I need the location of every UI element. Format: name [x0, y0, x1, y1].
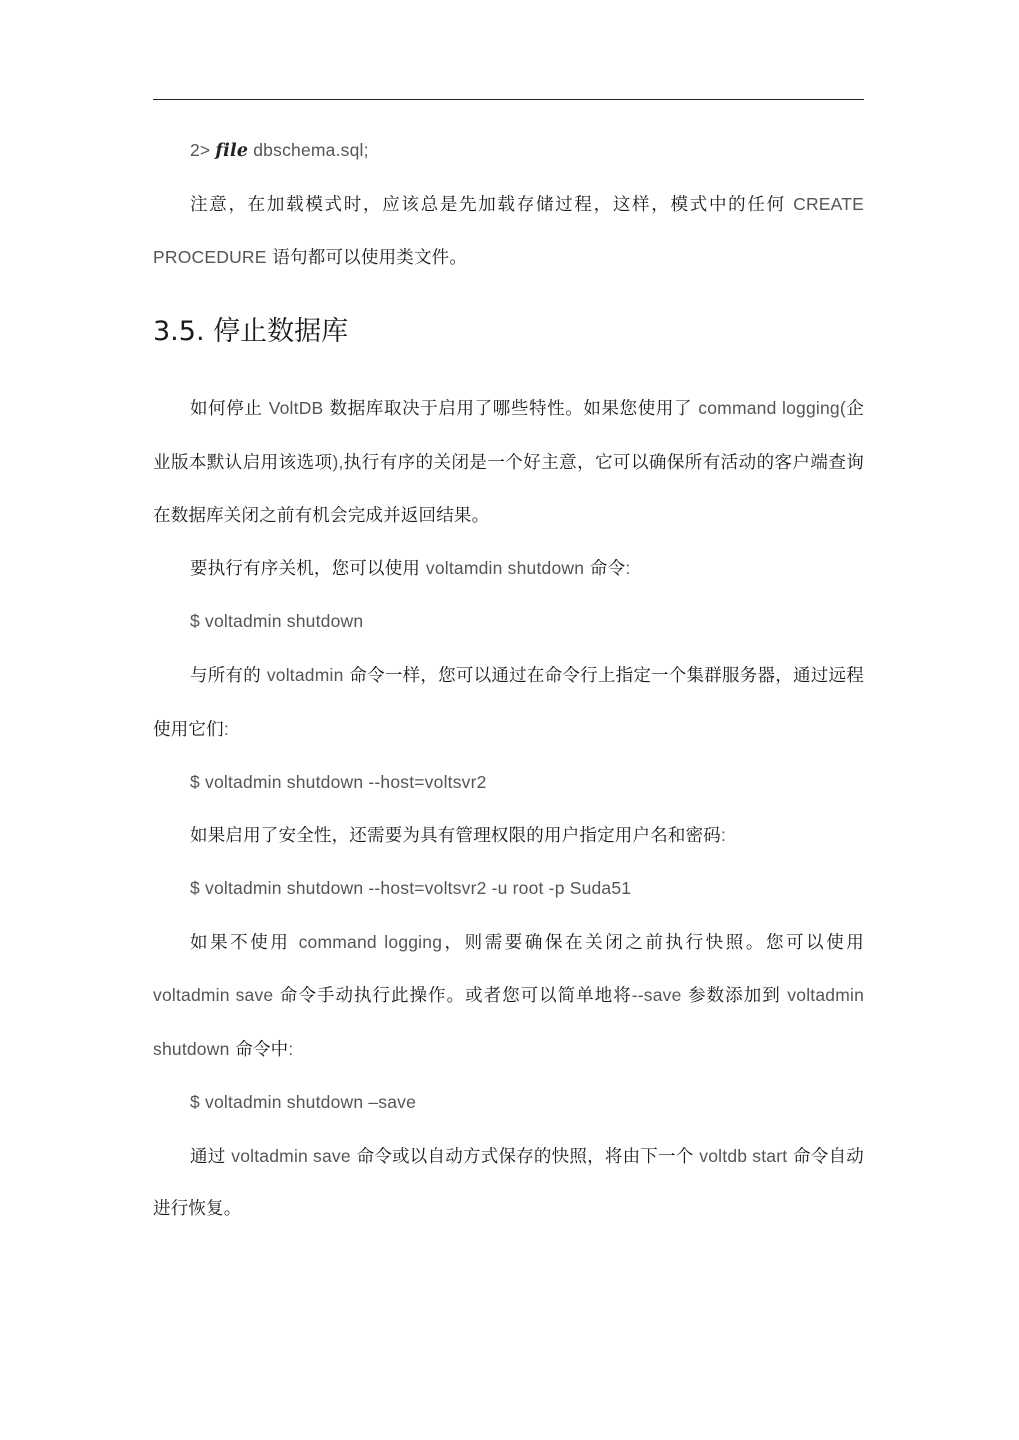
text: 命令中 [230, 1040, 289, 1060]
command-shutdown-save: $ voltadmin shutdown –save [153, 1090, 864, 1114]
command-shutdown-auth: $ voltadmin shutdown --host=voltsvr2 -u … [153, 876, 864, 900]
code-file-keyword: file [215, 141, 248, 161]
text: 在数据库关闭之前有机会完成并返回结果。 [153, 506, 489, 526]
para-snapshot-line-3: shutdown 命令中: [153, 1037, 864, 1062]
term-voltadmin: voltadmin [787, 985, 864, 1005]
para-intro-line-2: 业版本默认启用该选项),执行有序的关闭是一个好主意，它可以确保所有活动的客户端查… [153, 450, 864, 475]
term-command: voltamdin shutdown [426, 558, 584, 578]
para-snapshot-line-1: 如果不使用 command logging，则需要确保在关闭之前执行快照。您可以… [153, 930, 864, 955]
punct: : [721, 825, 726, 845]
punct: : [288, 1039, 293, 1059]
text: 注意，在加载模式时，应该总是先加载存储过程，这样，模式中的任何 [190, 195, 793, 215]
text: 如果启用了安全性，还需要为具有管理权限的用户指定用户名和密码 [190, 826, 721, 846]
keyword-procedure: PROCEDURE [153, 247, 267, 267]
code-line-file: 2> file dbschema.sql; [153, 138, 864, 163]
para-intro-line-1: 如何停止 VoltDB 数据库取决于启用了哪些特性。如果您使用了 command… [153, 396, 864, 421]
punct: : [224, 719, 229, 739]
code-prefix: 2> [190, 140, 215, 160]
punct: ), [332, 452, 343, 472]
para-restore-line-2: 进行恢复。 [153, 1197, 864, 1221]
text: 通过 [190, 1147, 231, 1167]
para-remote-line-2: 使用它们: [153, 717, 864, 742]
term-save-flag: --save [632, 985, 682, 1005]
command-shutdown: $ voltadmin shutdown [153, 609, 864, 633]
text: 如何停止 [190, 399, 269, 419]
section-heading: 3.5. 停止数据库 [153, 314, 348, 350]
text: 语句都可以使用类文件。 [267, 248, 467, 268]
term-command-logging: command logging( [698, 398, 846, 418]
text: 业版本默认启用该选项 [153, 453, 332, 473]
text: 命令 [584, 559, 625, 579]
text: 与所有的 [190, 666, 267, 686]
term-shutdown: shutdown [153, 1039, 230, 1059]
text: 执行有序的关闭是一个好主意，它可以确保所有活动的客户端查询 [344, 453, 864, 473]
text: 要执行有序关机，您可以使用 [190, 559, 426, 579]
text: 如果不使用 [190, 933, 299, 953]
para-intro-line-3: 在数据库关闭之前有机会完成并返回结果。 [153, 504, 864, 528]
para-snapshot-line-2: voltadmin save 命令手动执行此操作。或者您可以简单地将--save… [153, 983, 864, 1008]
term-command-logging: command logging [299, 932, 443, 952]
text: 使用它们 [153, 720, 224, 740]
term-voltdb: VoltDB [269, 398, 324, 418]
text: 命令自动 [787, 1147, 864, 1167]
text: 命令或以自动方式保存的快照，将由下一个 [351, 1147, 699, 1167]
para-note-line-1: 注意，在加载模式时，应该总是先加载存储过程，这样，模式中的任何 CREATE [153, 192, 864, 217]
text: 参数添加到 [682, 986, 788, 1006]
punct: : [625, 558, 630, 578]
text: ，则需要确保在关闭之前执行快照。您可以使用 [442, 933, 864, 953]
command-shutdown-host: $ voltadmin shutdown --host=voltsvr2 [153, 770, 864, 794]
term-voltdb-start: voltdb start [699, 1146, 787, 1166]
para-orderly: 要执行有序关机，您可以使用 voltamdin shutdown 命令: [153, 556, 864, 581]
para-remote-line-1: 与所有的 voltadmin 命令一样，您可以通过在命令行上指定一个集群服务器，… [153, 663, 864, 688]
term-voltadmin-save: voltadmin save [153, 985, 273, 1005]
text: 进行恢复。 [153, 1199, 242, 1219]
para-security: 如果启用了安全性，还需要为具有管理权限的用户指定用户名和密码: [153, 823, 864, 848]
text: 命令一样，您可以通过在命令行上指定一个集群服务器，通过远程 [344, 666, 865, 686]
para-restore-line-1: 通过 voltadmin save 命令或以自动方式保存的快照，将由下一个 vo… [153, 1144, 864, 1169]
text: 企 [846, 399, 864, 419]
header-rule [153, 99, 864, 100]
text: 数据库取决于启用了哪些特性。如果您使用了 [323, 399, 698, 419]
term-voltadmin-save: voltadmin save [231, 1146, 351, 1166]
para-note-line-2: PROCEDURE 语句都可以使用类文件。 [153, 245, 864, 270]
keyword-create: CREATE [793, 194, 864, 214]
term-voltadmin: voltadmin [267, 665, 344, 685]
text: 命令手动执行此操作。或者您可以简单地将 [273, 986, 631, 1006]
code-filename: dbschema.sql; [248, 140, 369, 160]
